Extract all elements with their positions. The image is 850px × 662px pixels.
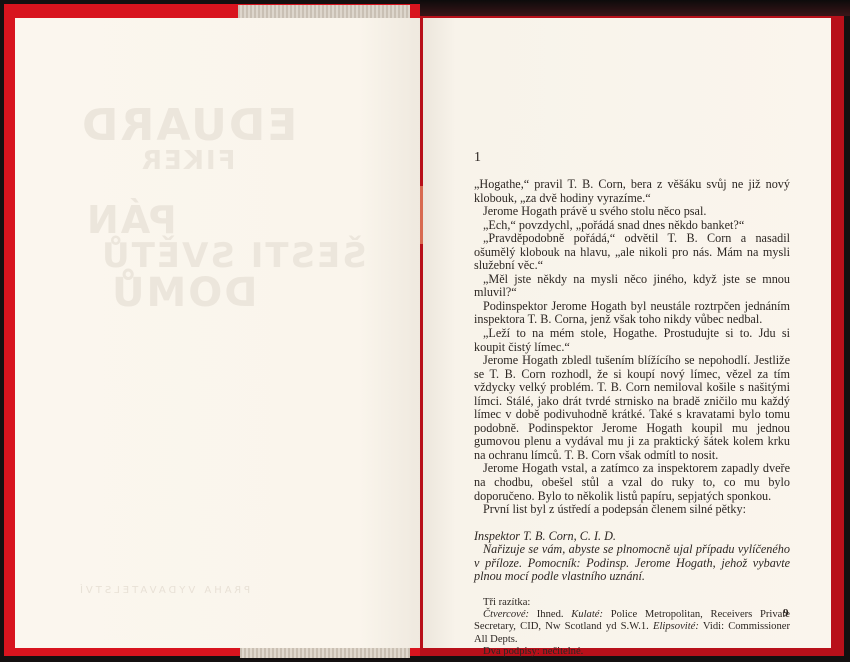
paragraph: Podinspektor Jerome Hogath byl neustále … <box>474 300 790 327</box>
left-page: EDUARD FIKER PÁN ŠESTI SVĚTŮ DOMŮ PRAHA … <box>15 18 420 648</box>
paragraph: Jerome Hogath vstal, a zatímco za inspek… <box>474 462 790 503</box>
stamps-intro: Tři razítka: <box>474 597 790 609</box>
paragraph: „Ech,“ povzdychl, „pořádá snad dnes někd… <box>474 219 790 233</box>
show-through-text: PRAHA VYDAVATELSTVÍ <box>77 585 250 596</box>
stamp-label: Čtvercové: <box>483 609 529 620</box>
paragraph: Jerome Hogath zbledl tušením blížícího s… <box>474 354 790 462</box>
page-number: 9 <box>783 607 789 619</box>
stamps-detail: Čtvercové: Ihned. Kulaté: Police Metropo… <box>474 609 790 646</box>
show-through-text: DOMŮ <box>110 270 258 316</box>
spine-headband-top <box>238 5 410 19</box>
memo-block: Inspektor T. B. Corn, C. I. D. Nařizuje … <box>474 530 790 584</box>
paragraph: „Pravděpodobně pořádá,“ odvětil T. B. Co… <box>474 232 790 273</box>
cover-shadow <box>420 0 850 16</box>
stamps-block: Tři razítka: Čtvercové: Ihned. Kulaté: P… <box>474 597 790 658</box>
paragraph: „Leží to na mém stole, Hogathe. Prostudu… <box>474 327 790 354</box>
show-through-text: FIKER <box>140 146 235 176</box>
stamp-text: Ihned. <box>529 609 571 620</box>
paragraph: Jerome Hogath právě u svého stolu něco p… <box>474 205 790 219</box>
page-body-text: „Hogathe,“ pravil T. B. Corn, bera z věš… <box>474 178 790 658</box>
memo-body: Nařizuje se vám, abyste se plnomocně uja… <box>474 543 790 584</box>
spine-headband-bottom <box>240 648 410 658</box>
show-through-text: EDUARD <box>80 100 297 151</box>
bookmark-ribbon <box>420 186 423 244</box>
memo-heading: Inspektor T. B. Corn, C. I. D. <box>474 530 790 544</box>
paragraph: „Hogathe,“ pravil T. B. Corn, bera z věš… <box>474 178 790 205</box>
signatures: Dva podpisy: nečitelné. <box>474 646 790 658</box>
stamp-label: Kulaté: <box>571 609 603 620</box>
paragraph: První list byl z ústředí a podepsán člen… <box>474 503 790 517</box>
paragraph: „Měl jste někdy na mysli něco jiného, kd… <box>474 273 790 300</box>
chapter-number: 1 <box>474 150 481 166</box>
stamp-label: Elipsovité: <box>653 621 699 632</box>
